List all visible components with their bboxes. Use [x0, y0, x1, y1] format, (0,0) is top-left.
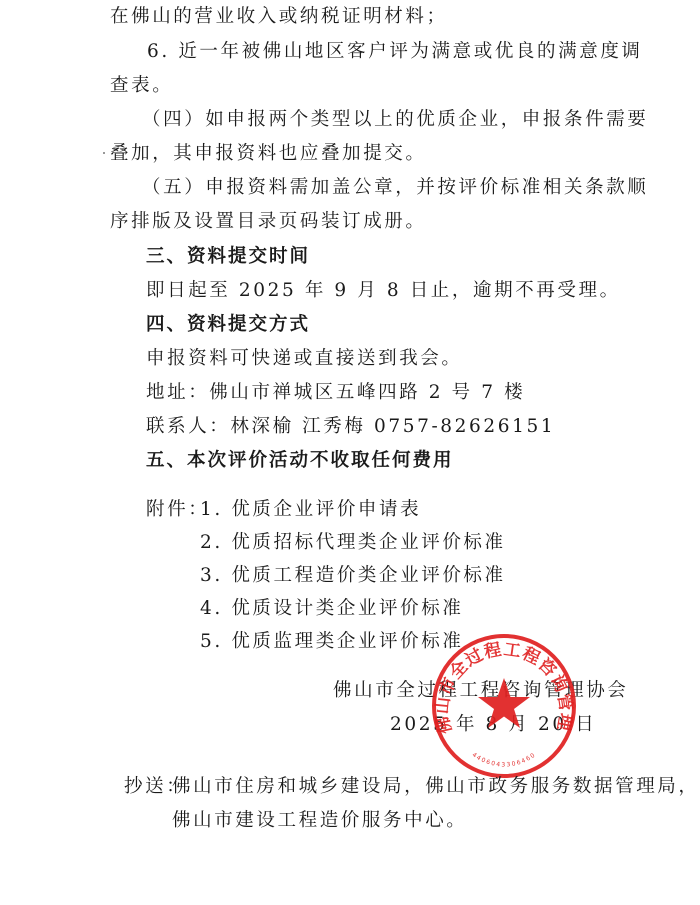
signature-org: 佛山市全过程工程咨询管理协会	[333, 679, 628, 703]
address-text: 地址：佛山市禅城区五峰四路 2 号 7 楼	[146, 381, 525, 405]
paragraph-line: （五）申报资料需加盖公章，并按评价标准相关条款顺	[142, 176, 648, 200]
attachment-item: 4. 优质设计类企业评价标准	[200, 597, 463, 621]
attachment-item: 1. 优质企业评价申请表	[200, 498, 421, 522]
paragraph-line: 查表。	[110, 74, 173, 98]
svg-text:4406043306460: 4406043306460	[471, 751, 538, 768]
scan-speck	[103, 152, 105, 154]
paragraph-line: 叠加，其申报资料也应叠加提交。	[110, 142, 427, 166]
cc-line-2: 佛山市建设工程造价服务中心。	[172, 809, 467, 833]
cc-line-1: 佛山市住房和城乡建设局，佛山市政务服务数据管理局，	[172, 775, 700, 799]
paragraph-line: 序排版及设置目录页码装订成册。	[110, 210, 427, 234]
official-seal-icon: 佛山市全过程工程咨询管理协会 4406043306460	[430, 632, 578, 780]
contact-text: 联系人：林深榆 江秀梅 0757-82626151	[146, 415, 555, 439]
attachment-item: 3. 优质工程造价类企业评价标准	[200, 564, 506, 588]
attachment-item: 2. 优质招标代理类企业评价标准	[200, 531, 506, 555]
section-heading-no-fee: 五、本次评价活动不收取任何费用	[146, 449, 454, 473]
section-heading-submission-time: 三、资料提交时间	[146, 245, 310, 269]
submission-deadline-text: 即日起至 2025 年 9 月 8 日止，逾期不再受理。	[146, 279, 621, 303]
seal-code: 4406043306460	[471, 751, 538, 768]
attachment-item: 5. 优质监理类企业评价标准	[200, 630, 463, 654]
paragraph-line: 在佛山的营业收入或纳税证明材料；	[110, 5, 448, 29]
paragraph-line: （四）如申报两个类型以上的优质企业，申报条件需要	[142, 108, 648, 132]
signature-date: 2025 年 8 月 20 日	[390, 713, 596, 737]
paragraph-line: 6. 近一年被佛山地区客户评为满意或优良的满意度调	[147, 40, 643, 64]
section-heading-submission-method: 四、资料提交方式	[146, 313, 310, 337]
submission-method-text: 申报资料可快递或直接送到我会。	[146, 347, 463, 371]
